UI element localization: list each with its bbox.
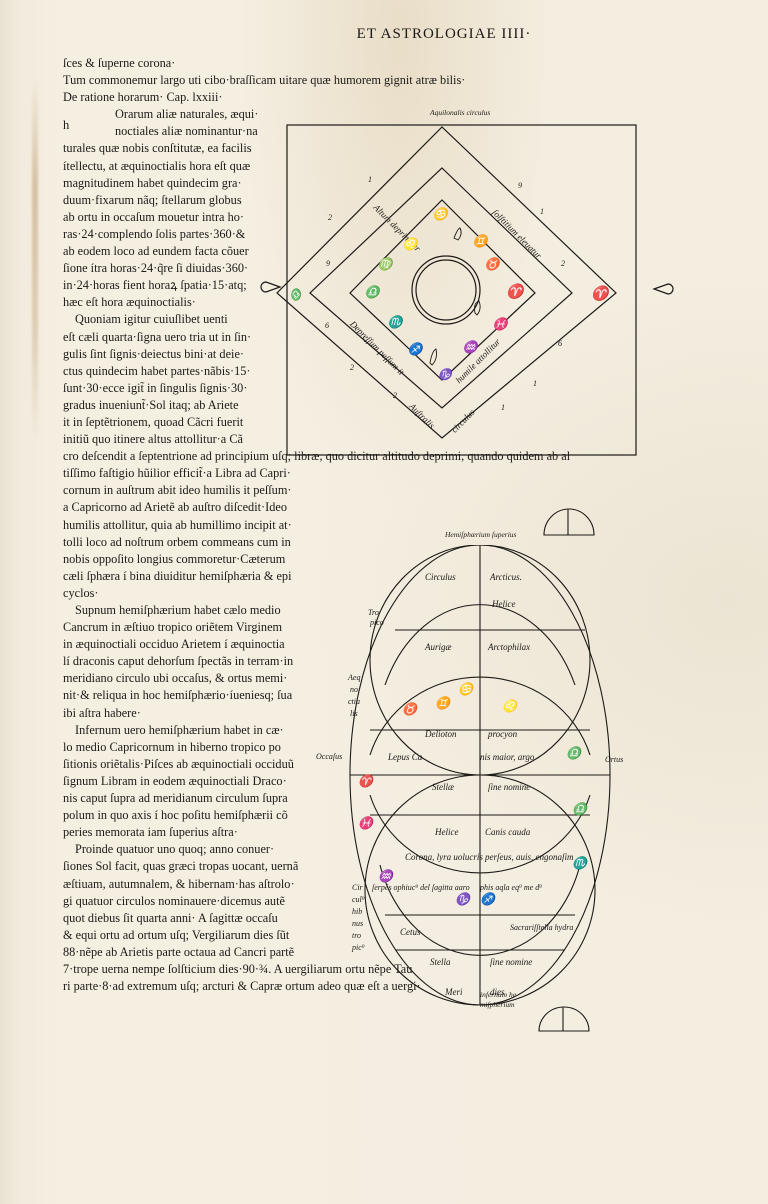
hemisphere-diagram-caption-top: Hemiſphærium ſuperius	[445, 530, 516, 539]
svg-text:Helice: Helice	[434, 827, 458, 837]
svg-text:♋: ♋	[458, 682, 475, 696]
hemisphere-diagram-caption-bottom: infernum he miſpherium	[480, 990, 540, 1010]
svg-text:♌: ♌	[403, 237, 420, 251]
svg-text:♈: ♈	[591, 285, 611, 302]
lower-hemisphere-glyph-icon	[537, 1003, 591, 1033]
svg-text:pic⁹: pic⁹	[351, 943, 365, 952]
svg-text:♎: ♎	[365, 285, 382, 299]
svg-text:Canis cauda: Canis cauda	[485, 827, 531, 837]
svg-text:Cetus: Cetus	[400, 927, 421, 937]
svg-text:1: 1	[540, 207, 544, 216]
text-line: De ratione horarum· Cap. lxxiii·	[63, 89, 653, 106]
svg-text:Auſtralis: Auſtralis	[407, 400, 437, 430]
svg-text:♒: ♒	[463, 340, 480, 354]
sun-marker-left-icon	[260, 280, 282, 294]
svg-text:♌: ♌	[502, 699, 519, 713]
svg-text:ſine nomine: ſine nomine	[490, 957, 532, 967]
svg-text:phis aqla eq⁹ me d⁹: phis aqla eq⁹ me d⁹	[479, 883, 542, 892]
ortus-label: Ortus	[605, 755, 623, 764]
svg-text:Helice: Helice	[491, 599, 515, 609]
svg-text:Cir: Cir	[352, 883, 364, 892]
svg-text:no: no	[350, 685, 358, 694]
svg-text:nus: nus	[352, 919, 363, 928]
svg-text:Aurigæ: Aurigæ	[424, 642, 452, 652]
svg-text:9: 9	[518, 181, 522, 190]
svg-text:Lepus Ca: Lepus Ca	[387, 752, 423, 762]
svg-text:Meri: Meri	[444, 987, 463, 997]
text-line: cornum in auſtrum abit ideo humilis it p…	[63, 482, 653, 499]
svg-text:ſolſtitium eleuatur: ſolſtitium eleuatur	[491, 207, 545, 261]
svg-text:Stella: Stella	[430, 957, 451, 967]
text-line: ſces & ſuperne corona·	[63, 55, 653, 72]
svg-text:cul⁹: cul⁹	[352, 895, 365, 904]
svg-text:♒: ♒	[378, 869, 395, 883]
svg-text:6: 6	[558, 339, 562, 348]
zodiac-square-diagram: ♎ ♈ Altum deprimitur ſolſtitium eleuatur…	[270, 118, 650, 463]
svg-text:ſerpẽs ophiuc⁹ del ſagitta aar: ſerpẽs ophiuc⁹ del ſagitta aaro	[372, 883, 470, 892]
svg-text:♎: ♎	[566, 746, 583, 760]
text-line: Tum commonemur largo uti cibo·braſſicam …	[63, 72, 653, 89]
svg-text:♍: ♍	[378, 257, 395, 271]
svg-text:♈: ♈	[358, 774, 375, 788]
svg-text:ſine nomine: ſine nomine	[488, 782, 530, 792]
svg-text:Arctophilax: Arctophilax	[487, 642, 530, 652]
page-edge-stain	[32, 80, 38, 440]
svg-text:nis maior, argo: nis maior, argo	[480, 752, 535, 762]
svg-text:♓: ♓	[358, 816, 375, 830]
svg-text:2: 2	[561, 259, 565, 268]
svg-text:♎: ♎	[287, 285, 307, 305]
svg-text:♓: ♓	[493, 317, 510, 331]
svg-text:1: 1	[368, 175, 372, 184]
occasus-label: Occaſus	[316, 752, 342, 761]
svg-text:♏: ♏	[572, 856, 589, 870]
svg-text:Delioton: Delioton	[424, 729, 457, 739]
svg-text:♑: ♑	[455, 892, 472, 906]
text-line: tiſſimo faſtigio hũilior efficit̃·a Libr…	[63, 465, 653, 482]
svg-text:Corona, lyra uolucris: Corona, lyra uolucris	[405, 852, 483, 862]
svg-text:Stellæ: Stellæ	[432, 782, 454, 792]
svg-text:♈: ♈	[506, 283, 526, 300]
svg-text:procyon: procyon	[487, 729, 518, 739]
svg-text:1: 1	[501, 403, 505, 412]
svg-text:Tro: Tro	[368, 608, 379, 617]
svg-text:2: 2	[350, 363, 354, 372]
hemispheres-diagram: Circulus Arcticus. Helice Aurigæ Arctoph…	[340, 545, 620, 1015]
svg-text:♑: ♑	[438, 368, 454, 381]
svg-text:♏: ♏	[388, 315, 405, 329]
svg-text:♐: ♐	[480, 892, 497, 906]
svg-text:Circulus: Circulus	[425, 572, 456, 582]
svg-text:circulus: circulus	[449, 407, 477, 435]
svg-text:♎: ♎	[572, 802, 589, 816]
svg-text:9: 9	[326, 259, 330, 268]
svg-text:tro: tro	[352, 931, 361, 940]
svg-text:lis: lis	[350, 709, 358, 718]
svg-text:2: 2	[328, 213, 332, 222]
svg-text:♐: ♐	[408, 342, 425, 356]
svg-text:1: 1	[533, 379, 537, 388]
svg-text:6: 6	[325, 321, 329, 330]
svg-text:perſeus, auis, engonaſim: perſeus, auis, engonaſim	[484, 852, 574, 862]
svg-text:Sacrariſſtella hydra: Sacrariſſtella hydra	[510, 923, 573, 932]
sun-marker-right-icon	[652, 282, 674, 296]
svg-text:pico: pico	[369, 618, 384, 627]
square-diagram-caption: Aquilonalis circulus	[430, 108, 490, 117]
svg-text:hib: hib	[352, 907, 362, 916]
svg-text:♉: ♉	[402, 702, 419, 716]
svg-text:Arcticus.: Arcticus.	[489, 572, 522, 582]
svg-text:♉: ♉	[485, 257, 502, 271]
upper-hemisphere-glyph-icon	[542, 505, 596, 537]
svg-text:2: 2	[393, 391, 397, 400]
svg-text:ctia: ctia	[348, 697, 360, 706]
svg-text:Aeq: Aeq	[347, 673, 360, 682]
running-header: ET ASTROLOGIAE IIII·	[0, 26, 768, 43]
svg-text:♊: ♊	[473, 234, 490, 248]
svg-text:♊: ♊	[435, 696, 452, 710]
svg-text:♋: ♋	[433, 207, 450, 221]
